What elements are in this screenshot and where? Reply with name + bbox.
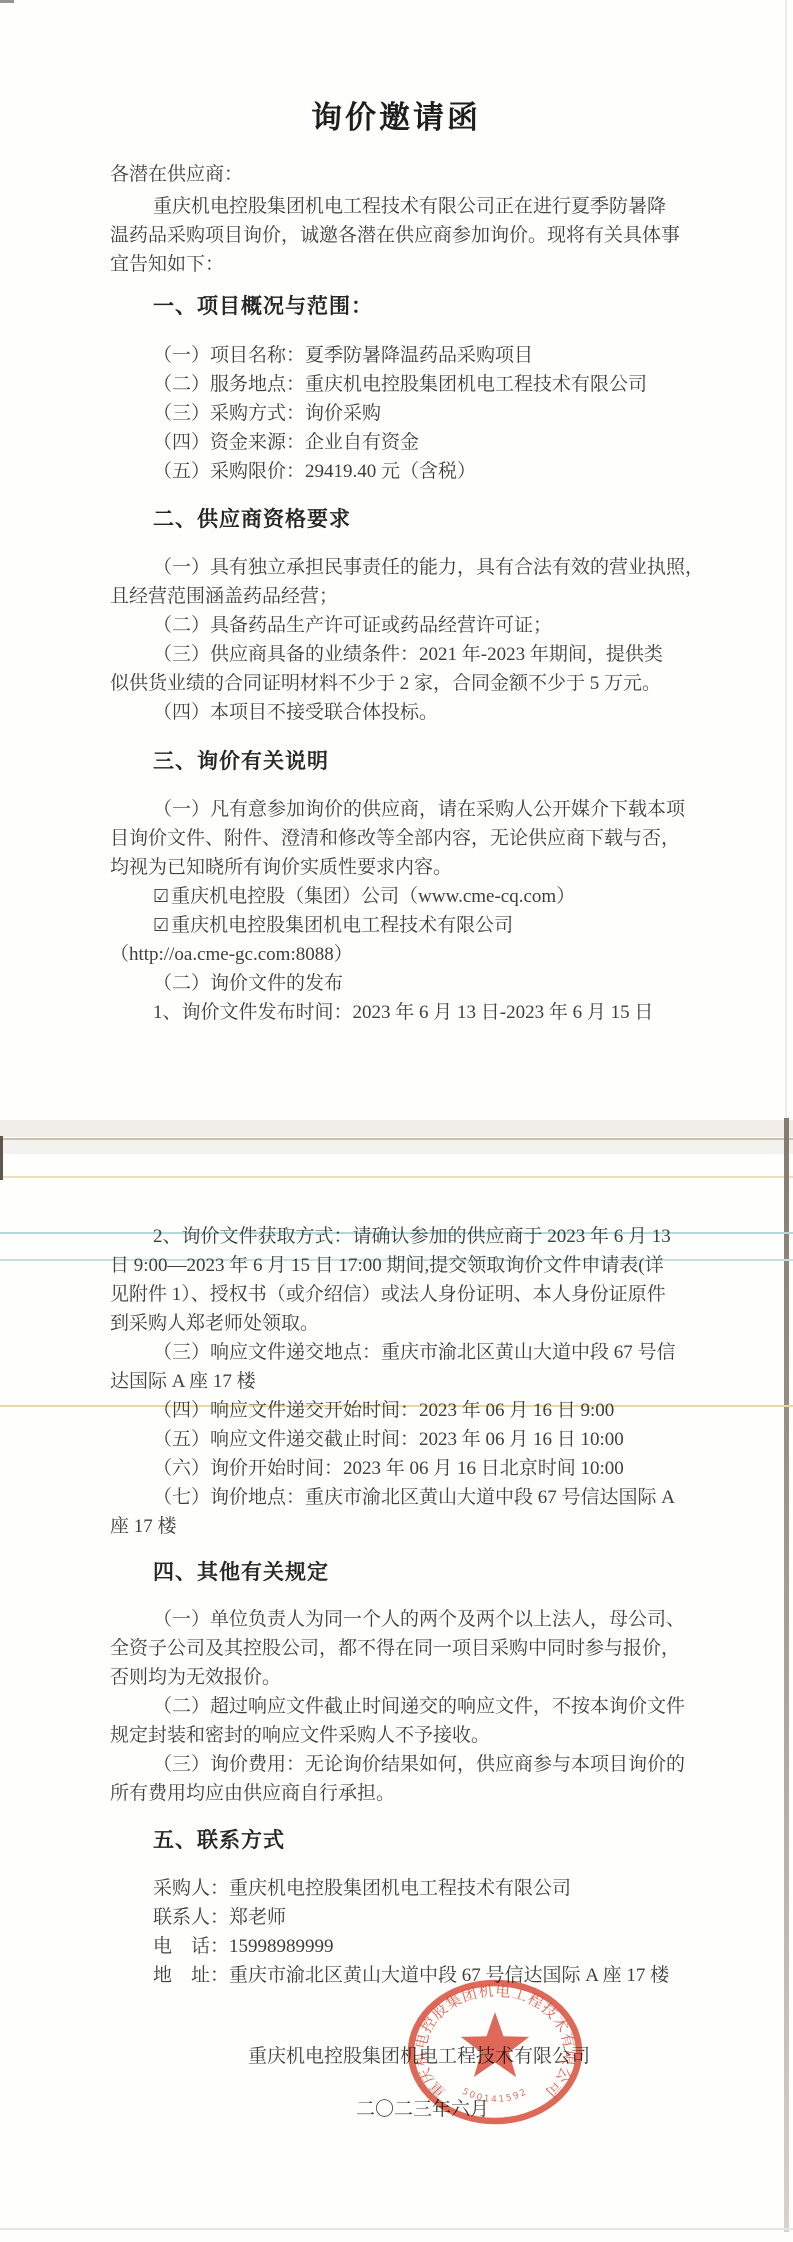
text-line: 达国际 A 座 17 楼 <box>110 1367 682 1396</box>
text-line: 1、询价文件发布时间：2023 年 6 月 13 日-2023 年 6 月 15… <box>110 998 682 1027</box>
text-line: （二）服务地点：重庆机电控股集团机电工程技术有限公司 <box>110 370 682 399</box>
text-line: 日 9:00—2023 年 6 月 15 日 17:00 期间,提交领取询价文件… <box>110 1251 682 1280</box>
text-line: 全资子公司及其控股公司，都不得在同一项目采购中同时参与报价， <box>110 1634 682 1663</box>
text-line: 座 17 楼 <box>110 1512 682 1541</box>
text-line: 所有费用均应由供应商自行承担。 <box>110 1779 682 1808</box>
page-bottom-line <box>0 2228 793 2230</box>
text-line: 到采购人郑老师处领取。 <box>110 1309 682 1338</box>
text-line: （五）响应文件递交截止时间：2023 年 06 月 16 日 10:00 <box>110 1425 682 1454</box>
seal-star-icon <box>461 2012 529 2077</box>
section-1-body: （一）项目名称：夏季防暑降温药品采购项目 （二）服务地点：重庆机电控股集团机电工… <box>110 341 682 486</box>
text-line: 重庆机电控股集团机电工程技术有限公司正在进行夏季防暑降 <box>110 192 682 221</box>
text-line: 温药品采购项目询价，诚邀各潜在供应商参加询价。现将有关具体事 <box>110 221 682 250</box>
contact-block: 采购人：重庆机电控股集团机电工程技术有限公司 联系人：郑老师 电 话：15998… <box>110 1874 682 1990</box>
checkbox-checked-icon: ☑ <box>153 915 169 936</box>
contact-person-line: 联系人：郑老师 <box>110 1903 682 1932</box>
text-line: （三）采购方式：询价采购 <box>110 399 682 428</box>
scan-mark-left <box>0 1136 3 1180</box>
scan-mark-top <box>0 0 14 3</box>
scanned-document: 询价邀请函 各潜在供应商： 重庆机电控股集团机电工程技术有限公司正在进行夏季防暑… <box>0 0 793 2242</box>
text-line: （四）资金来源：企业自有资金 <box>110 428 682 457</box>
intro-paragraph: 重庆机电控股集团机电工程技术有限公司正在进行夏季防暑降 温药品采购项目询价，诚邀… <box>110 192 682 279</box>
download-source-line: ☑重庆机电控股集团机电工程技术有限公司 <box>110 911 682 940</box>
svg-text:500141592: 500141592 <box>460 2087 529 2105</box>
document-title: 询价邀请函 <box>110 92 682 137</box>
text-line: （一）具有独立承担民事责任的能力，具有合法有效的营业执照， <box>110 553 682 582</box>
section-heading-1: 一、项目概况与范围： <box>110 292 725 322</box>
section-2-body: （一）具有独立承担民事责任的能力，具有合法有效的营业执照， 且经营范围涵盖药品经… <box>110 553 682 727</box>
section-heading-4: 四、其他有关规定 <box>110 1558 725 1588</box>
section-3-continued: 2、询价文件获取方式：请确认参加的供应商于 2023 年 6 月 13 日 9:… <box>110 1222 682 1541</box>
text-line: 2、询价文件获取方式：请确认参加的供应商于 2023 年 6 月 13 <box>110 1222 682 1251</box>
text-line: 见附件 1）、授权书（或介绍信）或法人身份证明、本人身份证原件 <box>110 1280 682 1309</box>
text-line: 否则均为无效报价。 <box>110 1663 682 1692</box>
page-break-band-2 <box>0 1140 793 1154</box>
buyer-line: 采购人：重庆机电控股集团机电工程技术有限公司 <box>110 1874 682 1903</box>
text-line: （一）单位负责人为同一个人的两个及两个以上法人，母公司、 <box>110 1605 682 1634</box>
page-break-band <box>0 1120 793 1137</box>
text-line: （四）响应文件递交开始时间：2023 年 06 月 16 日 9:00 <box>110 1396 682 1425</box>
page-edge-line <box>0 1176 793 1178</box>
text-line: 且经营范围涵盖药品经营； <box>110 582 682 611</box>
text-line: （一）项目名称：夏季防暑降温药品采购项目 <box>110 341 682 370</box>
text-line: （二）超过响应文件截止时间递交的响应文件，不按本询价文件 <box>110 1692 682 1721</box>
address-line: 地 址：重庆市渝北区黄山大道中段 67 号信达国际 A 座 17 楼 <box>110 1961 682 1990</box>
phone-line: 电 话：15998989999 <box>110 1932 682 1961</box>
source-url-line: （http://oa.cme-gc.com:8088） <box>110 940 682 969</box>
text-line: 似供货业绩的合同证明材料不少于 2 家，合同金额不少于 5 万元。 <box>110 669 682 698</box>
official-seal: 重庆机电控股集团机电工程技术有限公司 500141592 <box>404 1976 586 2128</box>
section-heading-2: 二、供应商资格要求 <box>110 505 725 535</box>
text-line: 各潜在供应商： <box>110 160 682 189</box>
section-heading-3: 三、询价有关说明 <box>110 747 725 777</box>
text-line: （一）凡有意参加询价的供应商，请在采购人公开媒介下载本项 <box>110 795 682 824</box>
text-line: （四）本项目不接受联合体投标。 <box>110 698 682 727</box>
text-line: 均视为已知晓所有询价实质性要求内容。 <box>110 853 682 882</box>
text-line: （三）供应商具备的业绩条件：2021 年-2023 年期间，提供类 <box>110 640 682 669</box>
download-source: 重庆机电控股集团机电工程技术有限公司 <box>171 915 513 936</box>
text-line: （二）询价文件的发布 <box>110 969 682 998</box>
seal-code-text: 500141592 <box>460 2087 529 2105</box>
text-line: （六）询价开始时间：2023 年 06 月 16 日北京时间 10:00 <box>110 1454 682 1483</box>
text-line: （五）采购限价：29419.40 元（含税） <box>110 457 682 486</box>
text-line: 宜告知如下： <box>110 250 682 279</box>
text-line: （二）具备药品生产许可证或药品经营许可证； <box>110 611 682 640</box>
text-line: 目询价文件、附件、澄清和修改等全部内容，无论供应商下载与否， <box>110 824 682 853</box>
download-source-line: ☑重庆机电控股（集团）公司（www.cme-cq.com） <box>110 882 682 911</box>
download-source: 重庆机电控股（集团）公司（www.cme-cq.com） <box>171 886 575 907</box>
text-line: 规定封装和密封的响应文件采购人不予接收。 <box>110 1721 682 1750</box>
scan-edge-light <box>785 0 787 1118</box>
text-line: （三）询价费用：无论询价结果如何，供应商参与本项目询价的 <box>110 1750 682 1779</box>
text-line: （七）询价地点：重庆市渝北区黄山大道中段 67 号信达国际 A <box>110 1483 682 1512</box>
text-line: （三）响应文件递交地点：重庆市渝北区黄山大道中段 67 号信 <box>110 1338 682 1367</box>
section-heading-5: 五、联系方式 <box>110 1826 725 1856</box>
section-3-body: （一）凡有意参加询价的供应商，请在采购人公开媒介下载本项 目询价文件、附件、澄清… <box>110 795 682 1027</box>
salutation: 各潜在供应商： <box>110 160 682 189</box>
checkbox-checked-icon: ☑ <box>153 886 169 907</box>
scan-edge-dark <box>784 1118 789 2232</box>
section-4-body: （一）单位负责人为同一个人的两个及两个以上法人，母公司、 全资子公司及其控股公司… <box>110 1605 682 1808</box>
